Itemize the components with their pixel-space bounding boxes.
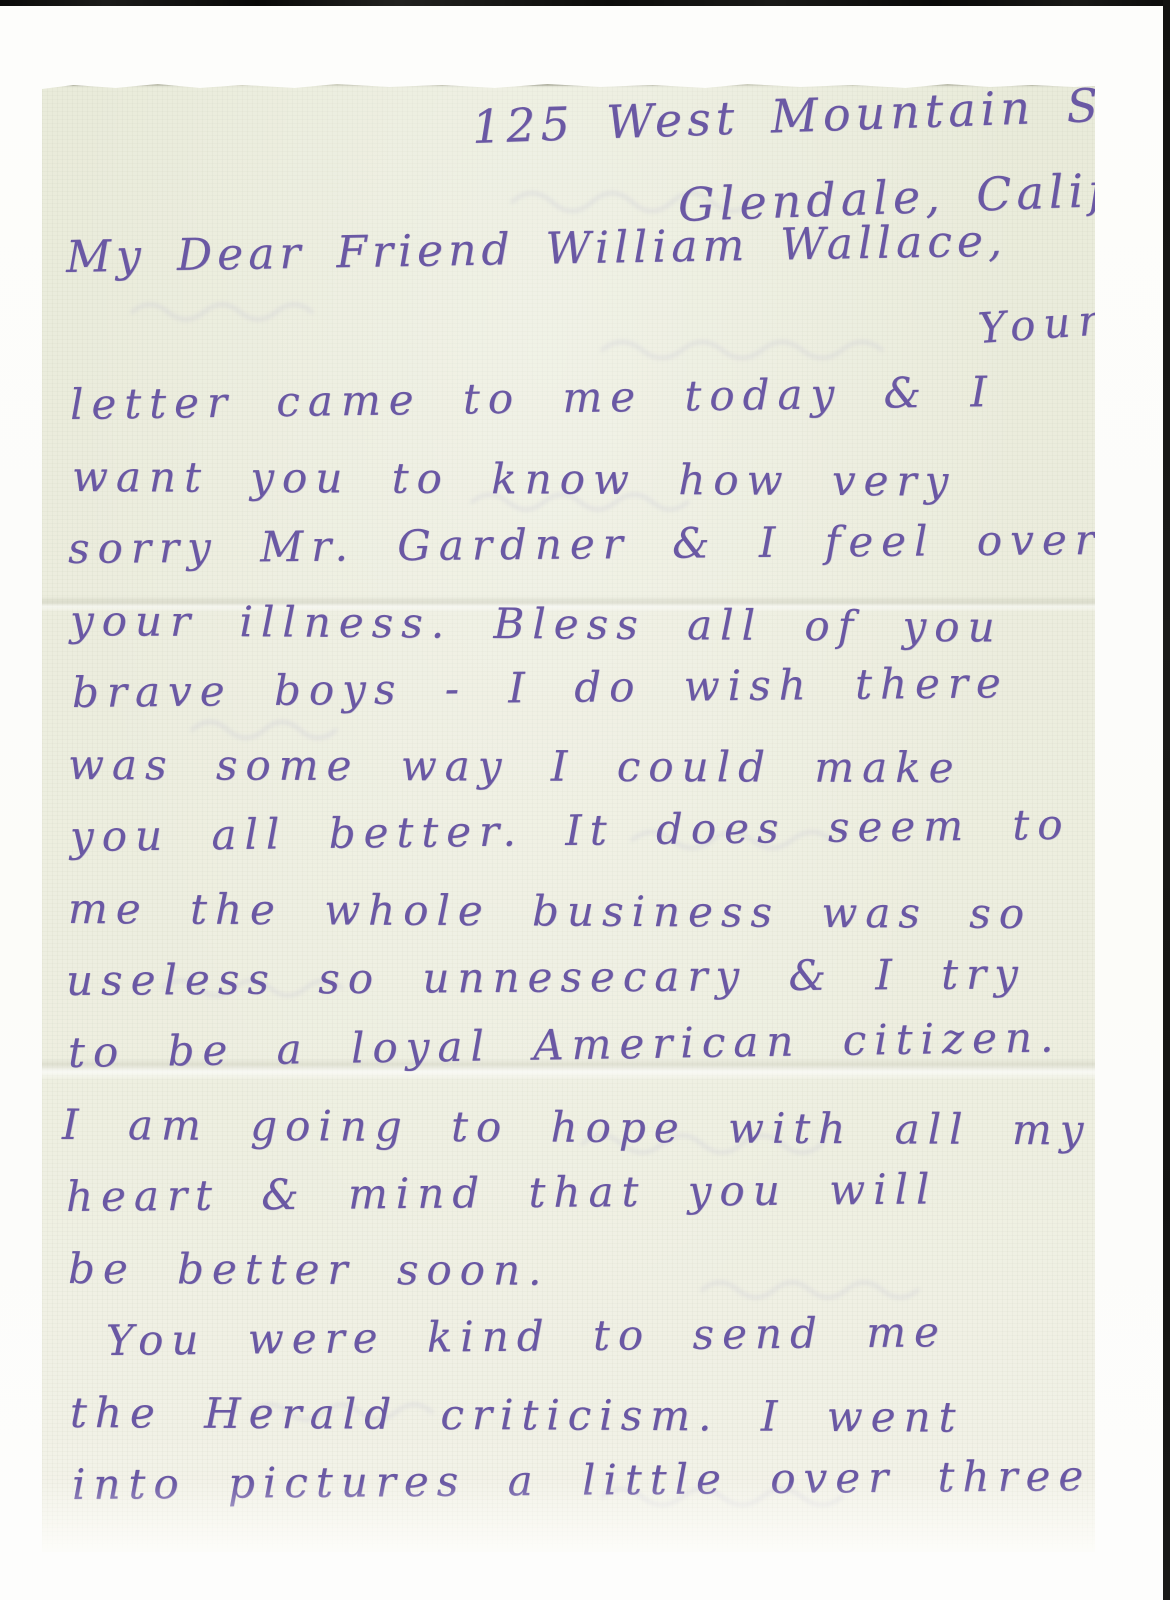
handwritten-line: the Herald criticism. I went: [70, 1388, 964, 1442]
scanner-edge-right: [1163, 0, 1170, 1600]
letter-page: 125 West Mountain St. Glendale, Calif My…: [42, 82, 1095, 1552]
handwritten-line: heart & mind that you will: [66, 1164, 938, 1221]
handwritten-line: brave boys - I do wish there: [72, 658, 1009, 717]
handwritten-line: want you to know how very: [72, 452, 957, 506]
handwritten-line: useless so unnesecary & I try: [66, 949, 1026, 1005]
scanner-edge-top: [0, 0, 1170, 6]
handwritten-line: be better soon.: [68, 1244, 550, 1295]
handwritten-line: into pictures a little over three: [72, 1451, 1092, 1509]
handwritten-line: me the whole business was so: [68, 884, 1032, 938]
handwritten-line: Your: [976, 295, 1108, 353]
scanned-letter: 125 West Mountain St. Glendale, Calif My…: [0, 0, 1170, 1600]
handwritten-line: sorry Mr. Gardner & I feel over: [68, 515, 1103, 573]
handwritten-line: You were kind to send me: [106, 1307, 947, 1365]
handwritten-line: your illness. Bless all of you: [70, 596, 1003, 652]
handwritten-line: was some way I could make: [68, 740, 962, 792]
handwritten-line: I am going to hope with all my: [62, 1100, 1092, 1154]
